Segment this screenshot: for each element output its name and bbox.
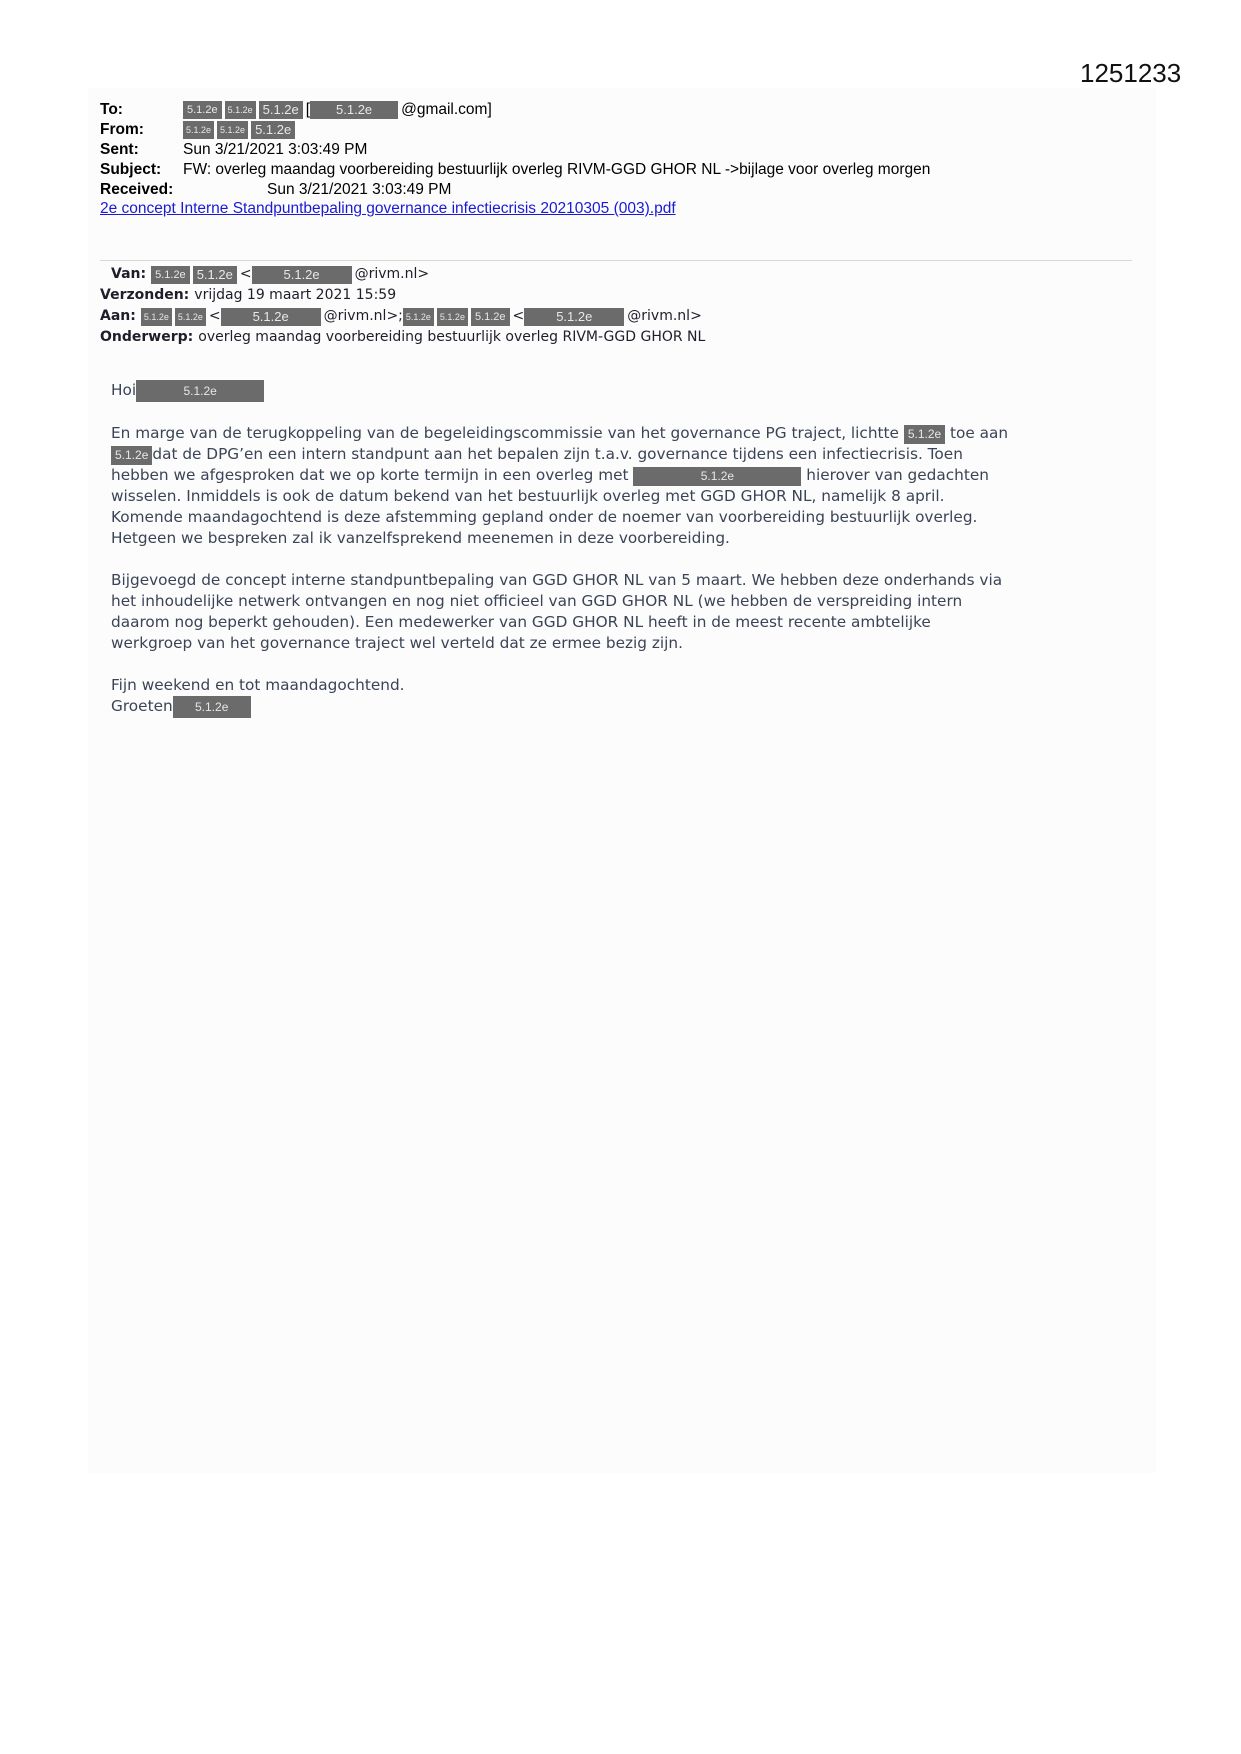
sign-off: Groeten bbox=[111, 697, 173, 715]
verzonden-value: vrijdag 19 maart 2021 15:59 bbox=[194, 285, 396, 306]
greeting: Hoi5.1.2e bbox=[111, 380, 1131, 402]
redaction: 5.1.2e bbox=[633, 467, 801, 486]
to-label: To: bbox=[100, 100, 183, 120]
closing: Fijn weekend en tot maandagochtend.Groet… bbox=[111, 675, 1131, 718]
redaction: 5.1.2e bbox=[136, 380, 264, 402]
text: hierover van gedachten bbox=[801, 466, 989, 484]
received-value: Sun 3/21/2021 3:03:49 PM bbox=[267, 180, 451, 200]
sent-label: Sent: bbox=[100, 140, 183, 160]
text: Hetgeen we bespreken zal ik vanzelfsprek… bbox=[111, 529, 730, 547]
text: Bijgevoegd de concept interne standpuntb… bbox=[111, 571, 1002, 589]
van-row: Van: 5.1.2e 5.1.2e < 5.1.2e @rivm.nl> bbox=[100, 264, 705, 285]
paragraph-2: Bijgevoegd de concept interne standpuntb… bbox=[111, 570, 1131, 654]
subject-row: Subject: FW: overleg maandag voorbereidi… bbox=[100, 160, 930, 180]
subject-label: Subject: bbox=[100, 160, 183, 180]
text: hebben we afgesproken dat we op korte te… bbox=[111, 466, 633, 484]
subject-value: FW: overleg maandag voorbereiding bestuu… bbox=[183, 160, 930, 180]
aan-label: Aan: bbox=[100, 306, 136, 327]
redaction: 5.1.2e bbox=[175, 308, 206, 326]
redaction: 5.1.2e bbox=[141, 308, 172, 326]
text: werkgroep van het governance traject wel… bbox=[111, 634, 683, 652]
verzonden-row: Verzonden: vrijdag 19 maart 2021 15:59 bbox=[100, 285, 705, 306]
received-label: Received: bbox=[100, 180, 267, 200]
redaction: 5.1.2e bbox=[193, 266, 237, 284]
lt: < bbox=[209, 306, 221, 327]
redaction: 5.1.2e bbox=[251, 121, 295, 139]
redaction: 5.1.2e bbox=[183, 101, 222, 119]
email-body: Hoi5.1.2e En marge van de terugkoppeling… bbox=[111, 380, 1131, 739]
forwarded-header: Van: 5.1.2e 5.1.2e < 5.1.2e @rivm.nl> Ve… bbox=[100, 264, 705, 348]
redaction: 5.1.2e bbox=[225, 101, 256, 119]
aan-email-suffix-2: @rivm.nl> bbox=[627, 306, 702, 327]
divider bbox=[100, 260, 1132, 261]
redaction: 5.1.2e bbox=[403, 308, 434, 326]
document-id: 1251233 bbox=[1080, 58, 1181, 89]
to-email-suffix: @gmail.com] bbox=[401, 100, 492, 120]
from-label: From: bbox=[100, 120, 183, 140]
attachment-link[interactable]: 2e concept Interne Standpuntbepaling gov… bbox=[100, 200, 676, 218]
lt: < bbox=[513, 306, 525, 327]
onderwerp-row: Onderwerp: overleg maandag voorbereiding… bbox=[100, 327, 705, 348]
redaction: 5.1.2e bbox=[221, 308, 321, 326]
received-row: Received: Sun 3/21/2021 3:03:49 PM bbox=[100, 180, 930, 200]
sent-value: Sun 3/21/2021 3:03:49 PM bbox=[183, 140, 367, 160]
redaction: 5.1.2e bbox=[217, 121, 248, 139]
redaction: 5.1.2e bbox=[183, 121, 214, 139]
lt: < bbox=[240, 264, 252, 285]
outer-email-header: To: 5.1.2e 5.1.2e 5.1.2e [ 5.1.2e @gmail… bbox=[100, 100, 930, 200]
text: En marge van de terugkoppeling van de be… bbox=[111, 424, 904, 442]
redaction: 5.1.2e bbox=[259, 101, 303, 119]
redaction: 5.1.2e bbox=[524, 308, 624, 326]
van-email-suffix: @rivm.nl> bbox=[355, 264, 430, 285]
sent-row: Sent: Sun 3/21/2021 3:03:49 PM bbox=[100, 140, 930, 160]
redaction: 5.1.2e bbox=[252, 266, 352, 284]
greeting-text: Hoi bbox=[111, 381, 136, 399]
aan-row: Aan: 5.1.2e 5.1.2e < 5.1.2e @rivm.nl>; 5… bbox=[100, 306, 705, 327]
redaction: 5.1.2e bbox=[111, 446, 152, 465]
text: toe aan bbox=[945, 424, 1008, 442]
redaction: 5.1.2e bbox=[437, 308, 468, 326]
redaction: 5.1.2e bbox=[904, 425, 945, 444]
onderwerp-label: Onderwerp: bbox=[100, 327, 193, 348]
van-label: Van: bbox=[111, 264, 146, 285]
to-row: To: 5.1.2e 5.1.2e 5.1.2e [ 5.1.2e @gmail… bbox=[100, 100, 930, 120]
text: Komende maandagochtend is deze afstemmin… bbox=[111, 508, 977, 526]
redaction: 5.1.2e bbox=[471, 308, 510, 326]
text: dat de DPG’en een intern standpunt aan h… bbox=[152, 445, 963, 463]
paragraph-1: En marge van de terugkoppeling van de be… bbox=[111, 423, 1131, 549]
text: daarom nog beperkt gehouden). Een medewe… bbox=[111, 613, 931, 631]
from-row: From: 5.1.2e 5.1.2e 5.1.2e bbox=[100, 120, 930, 140]
onderwerp-value: overleg maandag voorbereiding bestuurlij… bbox=[198, 327, 705, 348]
verzonden-label: Verzonden: bbox=[100, 285, 189, 306]
redaction: 5.1.2e bbox=[151, 266, 190, 284]
text: wisselen. Inmiddels is ook de datum beke… bbox=[111, 487, 944, 505]
aan-email-suffix-1: @rivm.nl>; bbox=[324, 306, 403, 327]
redaction: 5.1.2e bbox=[173, 696, 251, 718]
text: het inhoudelijke netwerk ontvangen en no… bbox=[111, 592, 962, 610]
redaction: 5.1.2e bbox=[310, 101, 398, 119]
closing-text: Fijn weekend en tot maandagochtend. bbox=[111, 676, 405, 694]
